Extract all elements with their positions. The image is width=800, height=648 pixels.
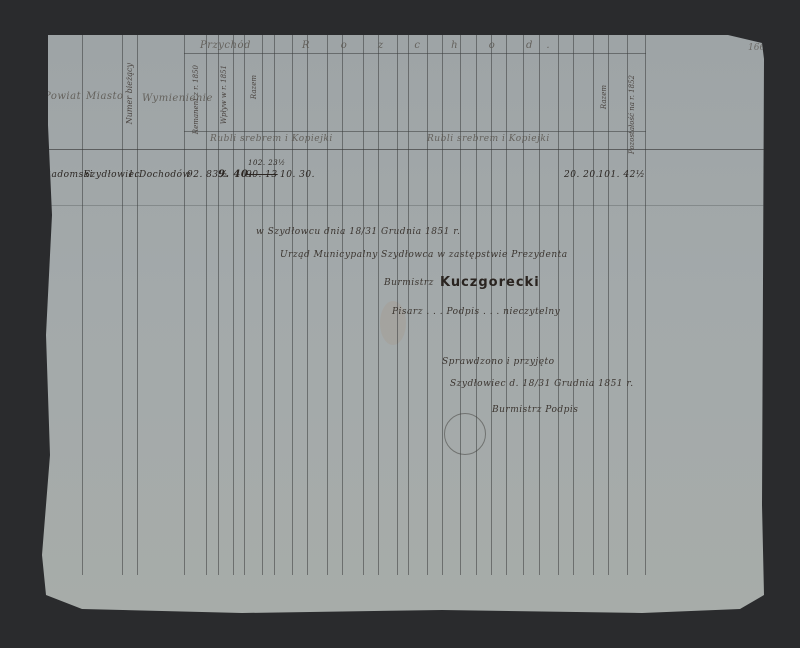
header-razem-przychod: Razem [250,75,258,99]
row-line [42,205,764,206]
annotation-line-3: Burmistrz [384,278,434,288]
annotation-line-1: w Szydłowcu dnia 18/31 Grudnia 1851 r. [256,227,460,237]
header-subcolumn-line [184,131,646,132]
header-wymienienie: Wymienienie [142,93,213,104]
certification-line-2: Szydłowiec d. 18/31 Grudnia 1851 r. [450,379,634,389]
header-section-line [184,53,646,54]
header-przychod: Przychód [200,40,251,51]
header-powiat: Powiat [44,91,81,102]
header-razem-rozchod: Razem [600,85,608,109]
ledger-page: 166 Powiat Miasto Numer bieżący Wymienie… [42,35,764,613]
annotation-line-4: Pisarz . . . Podpis . . . nieczytelny [392,307,560,317]
header-rozchod: R o z c h o d. [302,40,564,51]
header-numer: Numer bieżący [125,63,134,124]
seal-stamp [444,413,486,455]
cell-numer: 1. [128,170,138,180]
cell-rozchod-1: 10. 30. [280,170,315,180]
certification-line-3: Burmistrz Podpis [492,405,578,415]
annotation-line-2: Urząd Municypalny Szydłowca w zastępstwi… [280,250,568,260]
cell-wymienienie: Dochodów [139,170,191,180]
header-pozostalosc: Pozostałość na r. 1852 [628,75,636,154]
cell-pozostalosc: 101. 42½ [598,170,645,180]
cell-razem-struck: 90. 13 [246,170,278,180]
header-miasto: Miasto [86,91,124,102]
signature: Kuczgorecki [440,275,540,290]
cell-razem-correction: 102. 23½ [248,159,286,167]
header-bottom-line [42,149,764,150]
currency-label-right: Rubli srebrem i Kopiejki [427,134,550,144]
certification-line-1: Sprawdzono i przyjęto [442,357,555,367]
header-wplyw: Wpływ w r. 1851 [220,65,228,124]
header-remanent: Remanent z r. 1850 [192,65,200,134]
page-number: 166 [748,43,765,53]
currency-label-left: Rubli srebrem i Kopiejki [210,134,333,144]
cell-razem-rozchod: 20. 20. [564,170,599,180]
